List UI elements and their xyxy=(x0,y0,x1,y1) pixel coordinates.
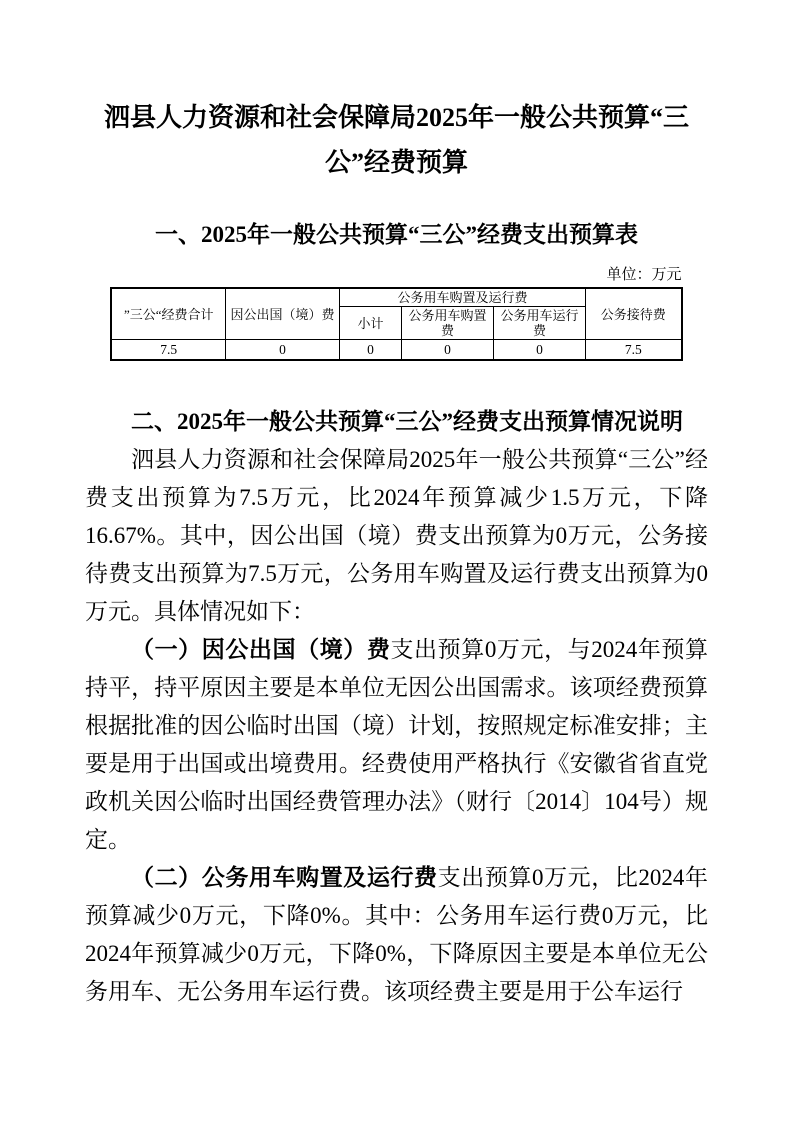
paragraph-abroad-expense: （一）因公出国（境）费支出预算0万元，与2024年预算持平，持平原因主要是本单位… xyxy=(85,631,708,859)
col-header-vehicle-purchase: 公务用车购置费 xyxy=(401,307,493,340)
col-header-vehicle-group: 公务用车购置及运行费 xyxy=(339,288,585,307)
table-header-row-1: ”三公“经费合计 因公出国（境）费 公务用车购置及运行费 公务接待费 xyxy=(111,288,681,307)
col-header-reception: 公务接待费 xyxy=(586,288,682,340)
paragraph-vehicle-expense: （二）公务用车购置及运行费支出预算0万元，比2024年预算减少0万元，下降0%。… xyxy=(85,859,708,1011)
col-header-abroad: 因公出国（境）费 xyxy=(225,288,339,340)
paragraph-abroad-expense-text: 支出预算0万元，与2024年预算持平，持平原因主要是本单位无因公出国需求。该项经… xyxy=(85,637,708,852)
unit-label: 单位：万元 xyxy=(112,266,682,284)
col-header-vehicle-subtotal: 小计 xyxy=(339,307,401,340)
document-title: 泗县人力资源和社会保障局2025年一般公共预算“三公”经费预算 xyxy=(85,95,708,185)
section2-heading: 二、2025年一般公共预算“三公”经费支出预算情况说明 xyxy=(85,403,708,441)
table-data-row: 7.5 0 0 0 0 7.5 xyxy=(111,340,681,360)
value-reception: 7.5 xyxy=(586,340,682,360)
col-header-total: ”三公“经费合计 xyxy=(111,288,225,340)
value-abroad: 0 xyxy=(225,340,339,360)
document-page: 泗县人力资源和社会保障局2025年一般公共预算“三公”经费预算 一、2025年一… xyxy=(0,0,793,1122)
paragraph-vehicle-expense-lead: （二）公务用车购置及运行费 xyxy=(131,865,438,890)
section1-heading: 一、2025年一般公共预算“三公”经费支出预算表 xyxy=(85,220,708,250)
value-vehicle-subtotal: 0 xyxy=(339,340,401,360)
paragraph-abroad-expense-lead: （一）因公出国（境）费 xyxy=(131,637,390,662)
budget-table-section: 单位：万元 ”三公“经费合计 因公出国（境）费 公务用车购置及运行费 公务接待费… xyxy=(85,266,708,361)
col-header-vehicle-operation: 公务用车运行费 xyxy=(493,307,585,340)
paragraph-summary: 泗县人力资源和社会保障局2025年一般公共预算“三公”经费支出预算为7.5万元，… xyxy=(85,441,708,631)
value-vehicle-purchase: 0 xyxy=(401,340,493,360)
value-vehicle-operation: 0 xyxy=(493,340,585,360)
budget-table: ”三公“经费合计 因公出国（境）费 公务用车购置及运行费 公务接待费 小计 公务… xyxy=(110,287,682,361)
value-total: 7.5 xyxy=(111,340,225,360)
